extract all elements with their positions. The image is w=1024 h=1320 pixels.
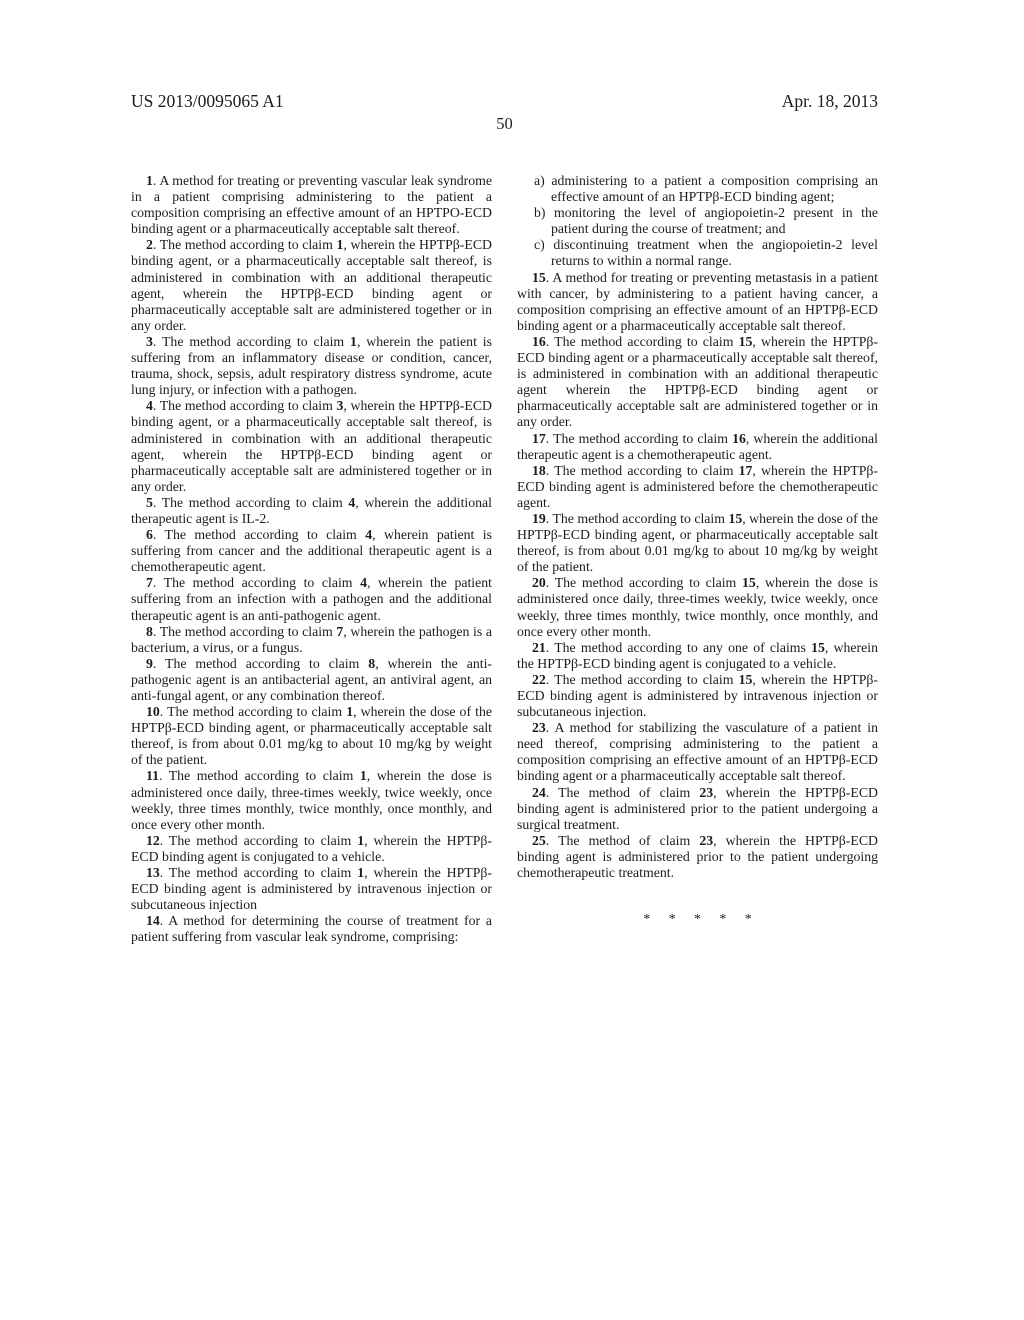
claim-number: 22 [532, 672, 546, 687]
claim-number: 15 [811, 640, 825, 655]
claim-8: 8. The method according to claim 7, wher… [131, 624, 492, 656]
claim-number: 24 [532, 785, 546, 800]
claim-text-segment: . A method for treating or preventing va… [131, 173, 492, 236]
claim-text-segment: . The method according to claim [546, 511, 729, 526]
claim-number: 3 [146, 334, 153, 349]
claim-number: 23 [699, 785, 713, 800]
claim-number: 15 [532, 270, 546, 285]
page-header: US 2013/0095065 A1 Apr. 18, 2013 [131, 91, 878, 111]
claim-text-segment: . The method according to claim [153, 624, 336, 639]
claim-text-segment: b) monitoring the level of angiopoietin-… [534, 205, 878, 236]
claim-number: 14 [146, 913, 160, 928]
claim-number: 15 [739, 334, 753, 349]
claim-number: 23 [699, 833, 713, 848]
claim-text-segment: . The method according to claim [153, 334, 350, 349]
end-of-claims-asterisks: * * * * * [517, 911, 878, 927]
claim-16: 16. The method according to claim 15, wh… [517, 334, 878, 431]
claim-3: 3. The method according to claim 1, wher… [131, 334, 492, 398]
claim-11: 11. The method according to claim 1, whe… [131, 768, 492, 832]
claim-number: 13 [146, 865, 160, 880]
claim-number: 10 [146, 704, 160, 719]
claim-text-segment: . The method according to claim [546, 431, 732, 446]
claim-text-segment: . The method according to claim [153, 237, 337, 252]
page-number: 50 [131, 114, 878, 134]
claim-text-segment: . The method according to claim [159, 768, 360, 783]
claim-number: 15 [728, 511, 742, 526]
claim-text-segment: * * * * * [643, 911, 751, 926]
claim-2: 2. The method according to claim 1, wher… [131, 237, 492, 334]
claim-24: 24. The method of claim 23, wherein the … [517, 785, 878, 833]
claim-number: 7 [146, 575, 153, 590]
claim-number: 1 [350, 334, 357, 349]
claim-number: 17 [739, 463, 753, 478]
publication-number: US 2013/0095065 A1 [131, 91, 284, 111]
claim-10: 10. The method according to claim 1, whe… [131, 704, 492, 768]
claim-number: 15 [742, 575, 756, 590]
claim-number: 9 [146, 656, 153, 671]
claim-number: 25 [532, 833, 546, 848]
claims-column-left: 1. A method for treating or preventing v… [131, 173, 492, 946]
claim-15: 15. A method for treating or preventing … [517, 270, 878, 334]
claim-9: 9. The method according to claim 8, wher… [131, 656, 492, 704]
claim-12: 12. The method according to claim 1, whe… [131, 833, 492, 865]
claim-4: 4. The method according to claim 3, wher… [131, 398, 492, 495]
claim-text-segment: . The method according to claim [160, 865, 357, 880]
claim-text-segment: . A method for determining the course of… [131, 913, 492, 944]
publication-date: Apr. 18, 2013 [782, 91, 878, 111]
claim-number: 23 [532, 720, 546, 735]
claim-number: 11 [146, 768, 159, 783]
claim-13: 13. The method according to claim 1, whe… [131, 865, 492, 913]
claim-text-segment: c) discontinuing treatment when the angi… [534, 237, 878, 268]
claim-text-segment: . The method according to claim [153, 575, 360, 590]
claim-number: 4 [146, 398, 153, 413]
claim-number: 1 [360, 768, 367, 783]
claim-7: 7. The method according to claim 4, wher… [131, 575, 492, 623]
claim-number: 18 [532, 463, 546, 478]
claim-19: 19. The method according to claim 15, wh… [517, 511, 878, 575]
claims-column-right: a) administering to a patient a composit… [517, 173, 878, 946]
claim-number: 12 [146, 833, 160, 848]
claim-25: 25. The method of claim 23, wherein the … [517, 833, 878, 881]
claim-18: 18. The method according to claim 17, wh… [517, 463, 878, 511]
claim-number: 5 [146, 495, 153, 510]
claim-5: 5. The method according to claim 4, wher… [131, 495, 492, 527]
claim-number: 1 [146, 173, 153, 188]
claim-text-segment: . The method according to claim [160, 833, 357, 848]
claim-text-segment: . The method of claim [546, 833, 700, 848]
claim-14-item-c: c) discontinuing treatment when the angi… [517, 237, 878, 269]
claims-body: 1. A method for treating or preventing v… [131, 173, 878, 946]
claim-14: 14. A method for determining the course … [131, 913, 492, 945]
claim-text-segment: . The method according to claim [160, 704, 346, 719]
patent-page: US 2013/0095065 A1 Apr. 18, 2013 50 1. A… [0, 0, 1024, 1320]
claim-text-segment: . The method according to claim [153, 527, 365, 542]
claim-number: 20 [532, 575, 546, 590]
claim-text-segment: . A method for treating or preventing me… [517, 270, 878, 333]
claim-number: 4 [360, 575, 367, 590]
claim-20: 20. The method according to claim 15, wh… [517, 575, 878, 639]
claim-number: 6 [146, 527, 153, 542]
claim-number: 16 [532, 334, 546, 349]
claim-14-item-a: a) administering to a patient a composit… [517, 173, 878, 205]
claim-22: 22. The method according to claim 15, wh… [517, 672, 878, 720]
claim-6: 6. The method according to claim 4, wher… [131, 527, 492, 575]
claim-text-segment: . The method according to claim [546, 672, 739, 687]
claim-text-segment: . The method of claim [546, 785, 700, 800]
claim-text-segment: . The method according to claim [546, 463, 739, 478]
claim-text-segment: . The method according to claim [153, 495, 348, 510]
claim-number: 15 [739, 672, 753, 687]
claim-text-segment: . The method according to any one of cla… [546, 640, 811, 655]
claim-text-segment: a) administering to a patient a composit… [534, 173, 878, 204]
claim-14-item-b: b) monitoring the level of angiopoietin-… [517, 205, 878, 237]
claim-number: 21 [532, 640, 546, 655]
claim-text-segment: . The method according to claim [153, 656, 368, 671]
claim-number: 2 [146, 237, 153, 252]
claim-text-segment: . The method according to claim [153, 398, 337, 413]
claim-number: 8 [146, 624, 153, 639]
claim-text-segment: . The method according to claim [546, 575, 742, 590]
claim-23: 23. A method for stabilizing the vascula… [517, 720, 878, 784]
claim-1: 1. A method for treating or preventing v… [131, 173, 492, 237]
claim-text-segment: . The method according to claim [546, 334, 739, 349]
claim-number: 19 [532, 511, 546, 526]
claim-17: 17. The method according to claim 16, wh… [517, 431, 878, 463]
claim-text-segment: . A method for stabilizing the vasculatu… [517, 720, 878, 783]
claim-number: 16 [732, 431, 746, 446]
claim-number: 17 [532, 431, 546, 446]
claim-21: 21. The method according to any one of c… [517, 640, 878, 672]
